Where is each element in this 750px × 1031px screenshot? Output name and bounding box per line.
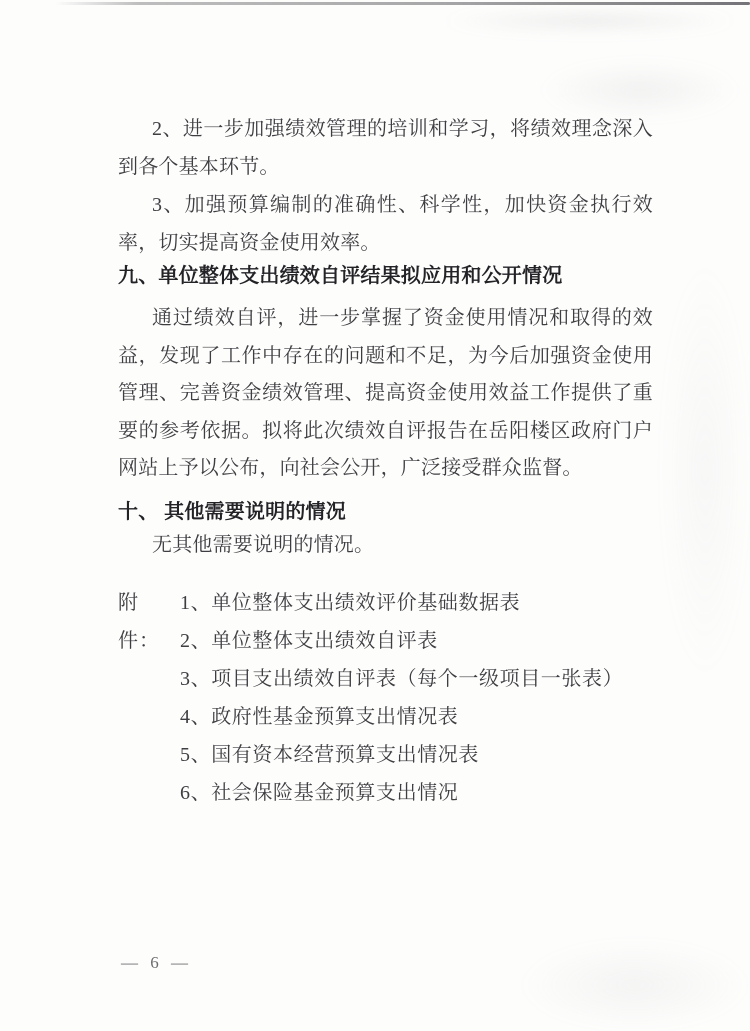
scan-smudge	[660, 260, 750, 680]
paragraph-item2-training: 2、进一步加强绩效管理的培训和学习，将绩效理念深入到各个基本环节。	[118, 110, 653, 186]
document-content: 2、进一步加强绩效管理的培训和学习，将绩效理念深入到各个基本环节。 3、加强预算…	[118, 0, 653, 1031]
section-heading-nine-result-application: 九、单位整体支出绩效自评结果拟应用和公开情况	[118, 261, 653, 291]
attachment-item-2: 2、单位整体支出绩效自评表	[180, 622, 653, 660]
attachment-item-5: 5、国有资本经营预算支出情况表	[180, 736, 653, 774]
paragraph-item3-budget-accuracy: 3、加强预算编制的准确性、科学性，加快资金执行效率，切实提高资金使用效率。	[118, 186, 653, 262]
attachment-item-6: 6、社会保险基金预算支出情况	[180, 774, 653, 812]
attachments-list: 1、单位整体支出绩效评价基础数据表 2、单位整体支出绩效自评表 3、项目支出绩效…	[180, 584, 653, 812]
section-heading-ten-other-notes: 十、 其他需要说明的情况	[118, 497, 653, 527]
attachment-item-3: 3、项目支出绩效自评表（每个一级项目一张表）	[180, 660, 653, 698]
attachment-item-1: 1、单位整体支出绩效评价基础数据表	[180, 584, 653, 622]
page-number: — 6 —	[121, 953, 192, 973]
attachments-block: 附件： 1、单位整体支出绩效评价基础数据表 2、单位整体支出绩效自评表 3、项目…	[118, 584, 653, 812]
paragraph-self-evaluation-result: 通过绩效自评，进一步掌握了资金使用情况和取得的效益，发现了工作中存在的问题和不足…	[118, 300, 653, 488]
scanned-document-page: 2、进一步加强绩效管理的培训和学习，将绩效理念深入到各个基本环节。 3、加强预算…	[0, 0, 750, 1031]
attachment-item-4: 4、政府性基金预算支出情况表	[180, 698, 653, 736]
attachments-label: 附件：	[118, 584, 180, 660]
paragraph-no-other-notes: 无其他需要说明的情况。	[118, 526, 653, 564]
